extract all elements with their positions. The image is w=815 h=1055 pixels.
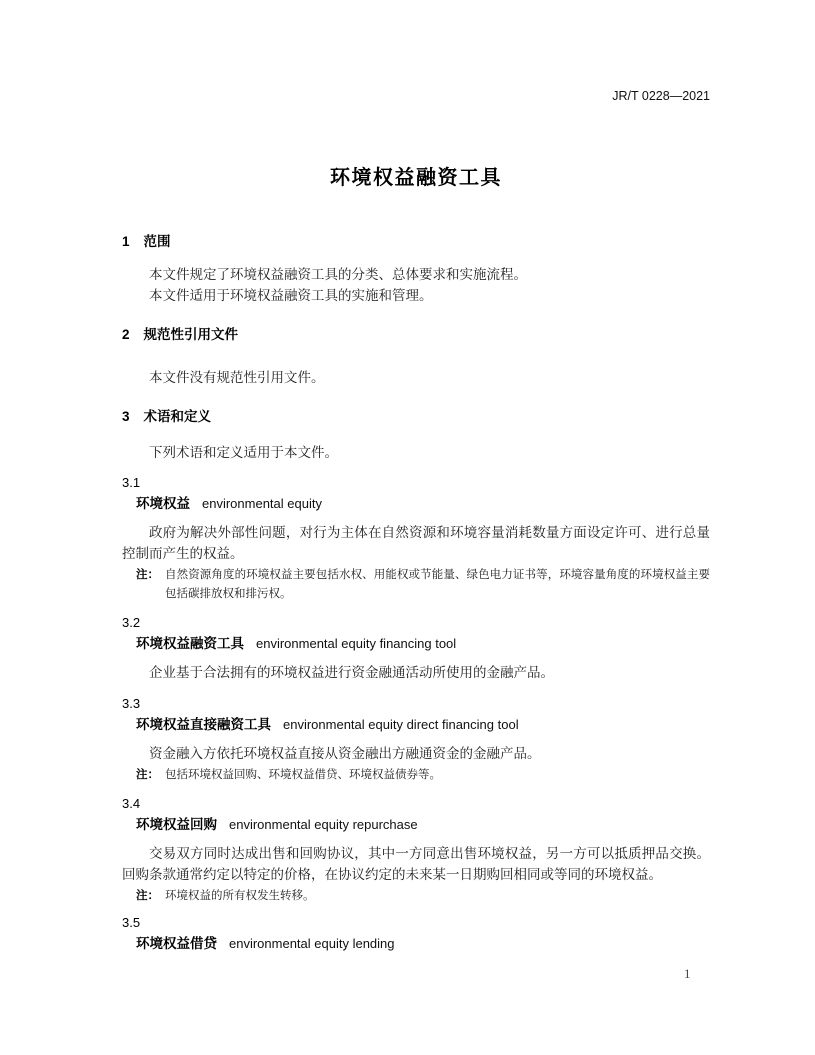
- clause-3-intro: 下列术语和定义适用于本文件。: [122, 442, 710, 463]
- clause-1-number: 1: [122, 231, 130, 252]
- document-page: JR/T 0228—2021 环境权益融资工具 1范围 本文件规定了环境权益融资…: [0, 0, 815, 1055]
- term-en: environmental equity: [202, 496, 322, 511]
- term-en: environmental equity repurchase: [229, 817, 418, 832]
- term-line: 环境权益回购environmental equity repurchase: [136, 814, 710, 835]
- term-zh: 环境权益融资工具: [136, 636, 244, 651]
- clause-1: 1范围 本文件规定了环境权益融资工具的分类、总体要求和实施流程。 本文件适用于环…: [122, 231, 710, 306]
- term-number: 3.2: [122, 612, 710, 633]
- term-note: 注： 自然资源角度的环境权益主要包括水权、用能权或节能量、绿色电力证书等，环境容…: [136, 566, 710, 604]
- term-zh: 环境权益: [136, 496, 190, 511]
- term-definition: 企业基于合法拥有的环境权益进行资金融通活动所使用的金融产品。: [122, 662, 710, 683]
- term-note: 注： 环境权益的所有权发生转移。: [136, 887, 710, 906]
- document-title: 环境权益融资工具: [122, 163, 710, 193]
- term-zh: 环境权益回购: [136, 817, 217, 832]
- term-number: 3.1: [122, 472, 710, 493]
- term-line: 环境权益融资工具environmental equity financing t…: [136, 633, 710, 654]
- term-entry-3-3: 3.3 环境权益直接融资工具environmental equity direc…: [122, 693, 710, 785]
- note-label: 注：: [136, 566, 159, 604]
- clause-1-paragraph: 本文件适用于环境权益融资工具的实施和管理。: [122, 285, 710, 306]
- clause-2-heading: 2规范性引用文件: [122, 324, 710, 345]
- note-text: 自然资源角度的环境权益主要包括水权、用能权或节能量、绿色电力证书等，环境容量角度…: [165, 566, 710, 604]
- standard-number: JR/T 0228—2021: [612, 89, 710, 103]
- term-line: 环境权益直接融资工具environmental equity direct fi…: [136, 714, 710, 735]
- note-text: 环境权益的所有权发生转移。: [165, 887, 710, 906]
- term-definition: 资金融入方依托环境权益直接从资金融出方融通资金的金融产品。: [122, 743, 710, 764]
- term-en: environmental equity financing tool: [256, 636, 456, 651]
- term-entry-3-1: 3.1 环境权益environmental equity 政府为解决外部性问题，…: [122, 472, 710, 604]
- term-line: 环境权益借贷environmental equity lending: [136, 933, 710, 954]
- note-label: 注：: [136, 887, 159, 906]
- clause-2-paragraph: 本文件没有规范性引用文件。: [122, 367, 710, 388]
- clause-1-paragraph: 本文件规定了环境权益融资工具的分类、总体要求和实施流程。: [122, 264, 710, 285]
- term-entry-3-4: 3.4 环境权益回购environmental equity repurchas…: [122, 793, 710, 906]
- term-en: environmental equity direct financing to…: [283, 717, 519, 732]
- note-label: 注：: [136, 766, 159, 785]
- page-number: 1: [684, 966, 691, 982]
- term-note: 注： 包括环境权益回购、环境权益借贷、环境权益债券等。: [136, 766, 710, 785]
- clause-1-title: 范围: [144, 234, 171, 249]
- clause-3-title: 术语和定义: [144, 409, 212, 424]
- clause-1-heading: 1范围: [122, 231, 710, 252]
- document-header: JR/T 0228—2021: [122, 0, 710, 105]
- clause-2-title: 规范性引用文件: [144, 327, 239, 342]
- term-zh: 环境权益直接融资工具: [136, 717, 271, 732]
- term-entry-3-5: 3.5 环境权益借贷environmental equity lending: [122, 912, 710, 954]
- clause-3-heading: 3术语和定义: [122, 406, 710, 427]
- term-definition: 交易双方同时达成出售和回购协议，其中一方同意出售环境权益，另一方可以抵质押品交换…: [122, 843, 710, 885]
- term-number: 3.5: [122, 912, 710, 933]
- note-text: 包括环境权益回购、环境权益借贷、环境权益债券等。: [165, 766, 710, 785]
- clause-2-number: 2: [122, 324, 130, 345]
- term-definition: 政府为解决外部性问题，对行为主体在自然资源和环境容量消耗数量方面设定许可、进行总…: [122, 522, 710, 564]
- clause-3-number: 3: [122, 406, 130, 427]
- term-en: environmental equity lending: [229, 936, 395, 951]
- clause-3: 3术语和定义 下列术语和定义适用于本文件。 3.1 环境权益environmen…: [122, 406, 710, 954]
- term-line: 环境权益environmental equity: [136, 493, 710, 514]
- term-zh: 环境权益借贷: [136, 936, 217, 951]
- term-number: 3.4: [122, 793, 710, 814]
- term-number: 3.3: [122, 693, 710, 714]
- term-entry-3-2: 3.2 环境权益融资工具environmental equity financi…: [122, 612, 710, 683]
- clause-2: 2规范性引用文件 本文件没有规范性引用文件。: [122, 324, 710, 388]
